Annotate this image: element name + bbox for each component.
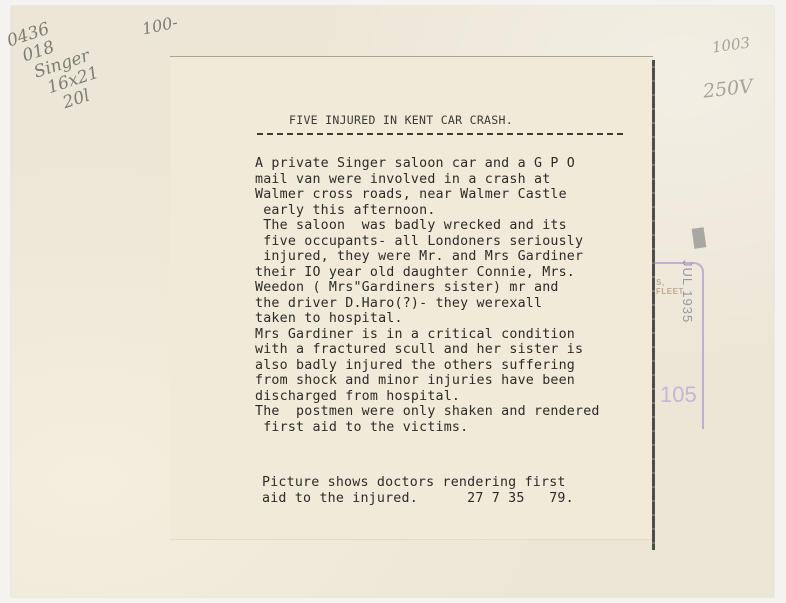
headline: FIVE INJURED IN KENT CAR CRASH. — [289, 113, 513, 127]
story-line: also badly injured the others suffering — [255, 358, 600, 374]
story-line: first aid to the victims. — [255, 420, 600, 436]
story-line: their IO year old daughter Connie, Mrs. — [255, 265, 600, 281]
story-line: injured, they were Mr. and Mrs Gardiner — [255, 249, 600, 265]
dashed-rule — [257, 133, 623, 135]
story-line: The postmen were only shaken and rendere… — [255, 404, 600, 420]
story-line: mail van were involved in a crash at — [255, 172, 600, 188]
picture-caption: Picture shows doctors rendering firstaid… — [262, 475, 574, 506]
pencil-note-right: 250V — [702, 77, 754, 101]
story-line: The saloon was badly wrecked and its — [255, 218, 600, 234]
story-line: with a fractured scull and her sister is — [255, 342, 600, 358]
story-body: A private Singer saloon car and a G P Om… — [255, 156, 600, 435]
story-line: discharged from hospital. — [255, 389, 600, 405]
slip-edge-shadow — [652, 60, 655, 550]
ink-smudge — [692, 227, 707, 248]
story-line: from shock and minor injuries have been — [255, 373, 600, 389]
caption-line: Picture shows doctors rendering first — [262, 475, 574, 491]
story-line: Weedon ( Mrs"Gardiners sister) mr and — [255, 280, 600, 296]
story-line: taken to hospital. — [255, 311, 600, 327]
story-line: Walmer cross roads, near Walmer Castle — [255, 187, 600, 203]
story-line: the driver D.Haro(?)- they werexall — [255, 296, 600, 312]
stamp-date: JUL 1935 — [680, 260, 695, 323]
story-line: A private Singer saloon car and a G P O — [255, 156, 600, 172]
stamp-number: 105 — [660, 382, 697, 408]
story-line: early this afternoon. — [255, 203, 600, 219]
story-line: five occupants- all Londoners seriously — [255, 234, 600, 250]
story-line: Mrs Gardiner is in a critical condition — [255, 327, 600, 343]
caption-line: aid to the injured. 27 7 35 79. — [262, 491, 574, 507]
